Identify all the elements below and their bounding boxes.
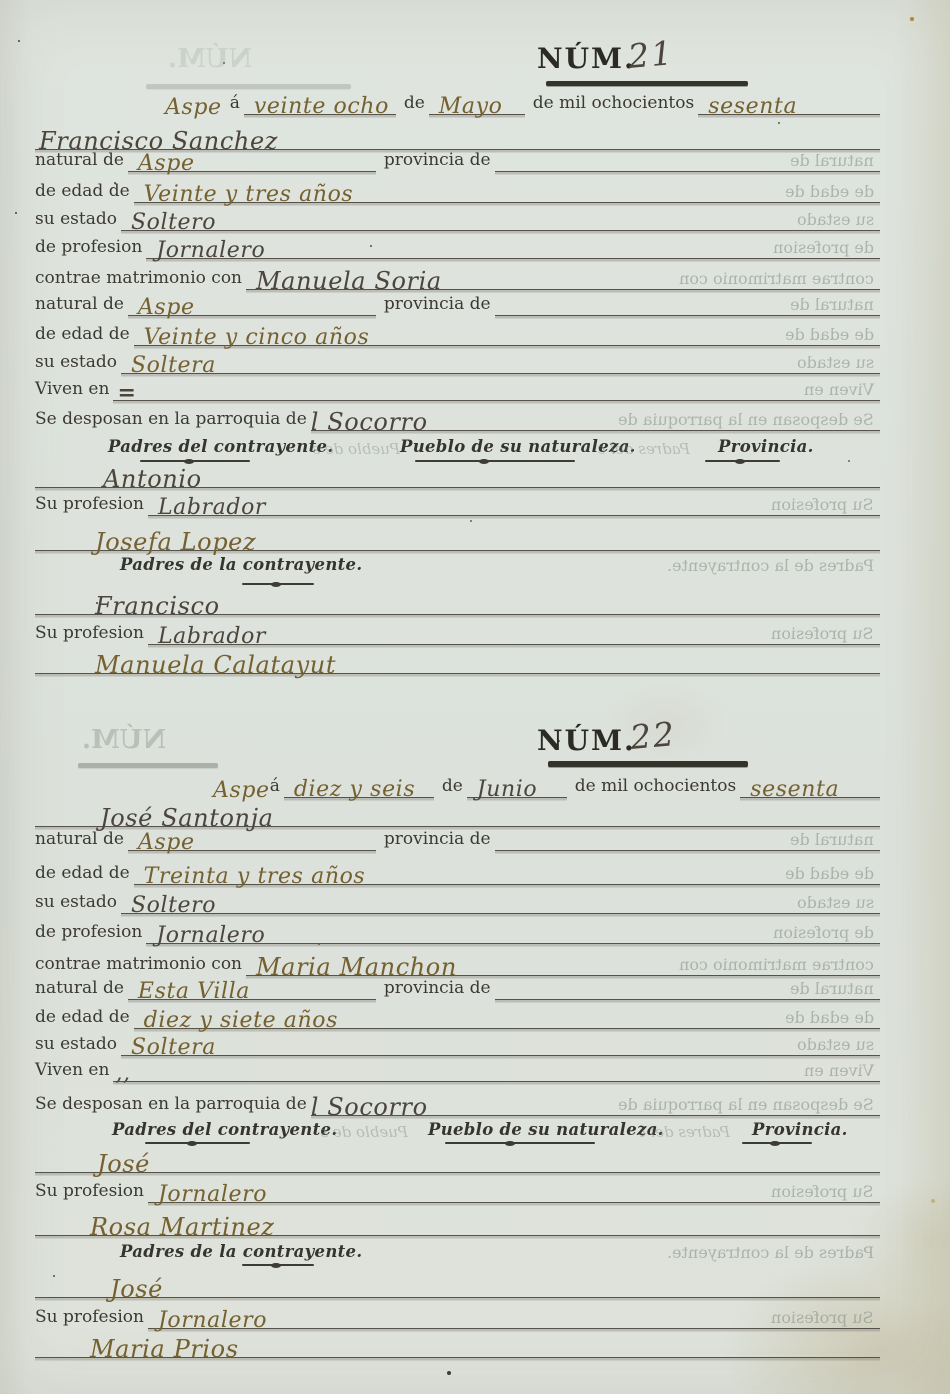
value-date-month: Junio (467, 779, 537, 801)
bride-father-row: José (35, 1268, 880, 1298)
scanned-sheet: NÚM. NÚM. 21 Aspe á veinte ocho de Mayo … (0, 0, 950, 1394)
value-bride-mother: Maria Prios (35, 1337, 239, 1361)
label-su-profesion: Su profesion (35, 1309, 148, 1329)
bride-estado-line: Soltera (121, 1028, 880, 1056)
value-groom-natural: Aspe (128, 832, 195, 854)
bride-estado-row: su estado Soltera su estado (35, 1028, 880, 1056)
viven-row: Viven en ,, Viven en (35, 1054, 880, 1082)
label-de-mil-ochocientos: de mil ochocientos (567, 778, 740, 798)
ghost-header-pueblo: Pueblo de su naturaleza. (320, 1123, 408, 1141)
value-parroquia: l Socorro (311, 1095, 428, 1119)
value-groom-estado: Soltero (121, 895, 216, 917)
date-month-line: Junio (467, 767, 567, 798)
date-year-line: sesenta (740, 767, 880, 798)
header-provincia: Provincia. (752, 1120, 848, 1139)
register-page: { "page": { "paper_color": "#dee3dd", "i… (0, 0, 950, 1394)
groom-natural-line: Aspe (128, 823, 376, 851)
header-pueblo-naturaleza: Pueblo de su naturaleza. (428, 1120, 664, 1139)
value-groom-mother: Rosa Martinez (35, 1215, 275, 1239)
label-a: á (270, 778, 284, 798)
label-de-profesion: de profesion (35, 924, 146, 944)
label-provincia-de: provincia de (376, 980, 495, 1000)
label-natural-de: natural de (35, 980, 128, 1000)
label-natural-de: natural de (35, 831, 128, 851)
value-date-day: diez y seis (284, 779, 415, 801)
groom-edad-row: de edad de Treinta y tres años de edad d… (35, 857, 880, 885)
groom-mother-row: Rosa Martinez (35, 1206, 880, 1236)
label-se-desposan: Se desposan en la parroquia de (35, 1096, 311, 1116)
label-su-profesion: Su profesion (35, 1183, 148, 1203)
groom-estado-row: su estado Soltero su estado (35, 886, 880, 914)
bride-mother-line: Maria Prios (35, 1328, 880, 1358)
groom-edad-line: Treinta y tres años (134, 857, 880, 885)
bride-provincia-line (495, 972, 880, 1000)
date-line: Aspe á diez y seis de Junio de mil ochoc… (35, 767, 880, 798)
label-viven-en: Viven en (35, 1062, 113, 1082)
bride-father-line: José (35, 1268, 880, 1298)
header-padres-contrayente: Padres del contrayente. (112, 1120, 337, 1139)
label-su-estado: su estado (35, 1036, 121, 1056)
header-flourish (242, 1264, 314, 1266)
groom-father-prof-row: Su profesion Jornalero Su profesion (35, 1173, 880, 1203)
value-date-year: sesenta (740, 779, 839, 801)
groom-father-prof-line: Jornalero (148, 1173, 880, 1203)
value-groom-edad: Treinta y tres años (134, 866, 366, 888)
num-label: NÚM. (537, 724, 636, 757)
viven-line: ,, (113, 1054, 880, 1082)
label-su-estado: su estado (35, 894, 121, 914)
bride-natural-line: Esta Villa (128, 972, 376, 1000)
label-de-edad-de: de edad de (35, 865, 134, 885)
bride-father-prof-row: Su profesion Jornalero Su profesion (35, 1299, 880, 1329)
ghost-header-contrayente: Padres del contrayente. (640, 1123, 730, 1141)
date-day-line: diez y seis (284, 767, 434, 798)
groom-profesion-row: de profesion Jornalero de profesion (35, 916, 880, 944)
header-padres-contrayente-f: Padres de la contrayente. (120, 1242, 362, 1261)
record-2: NÚM. NÚM. 22 Aspe á diez y seis de Junio… (0, 0, 950, 1394)
ghost-header-padres-contrayente-f: Padres de la contrayente. (667, 1245, 874, 1261)
ghost-num-label: NÚM. (82, 727, 166, 753)
bride-mother-row: Maria Prios (35, 1328, 880, 1358)
value-bride-father: José (35, 1277, 163, 1301)
bride-natural-row: natural de Esta Villa provincia de natur… (35, 972, 880, 1000)
groom-father-row: José (35, 1143, 880, 1173)
parroquia-row: Se desposan en la parroquia de l Socorro… (35, 1088, 880, 1116)
groom-father-line: José (35, 1143, 880, 1173)
padres-contrayente-f-row: Padres de la contrayente. Padres de la c… (35, 1243, 880, 1261)
bride-father-prof-line: Jornalero (148, 1299, 880, 1329)
value-bride-natural: Esta Villa (128, 981, 250, 1003)
groom-mother-line: Rosa Martinez (35, 1206, 880, 1236)
groom-natural-row: natural de Aspe provincia de natural de (35, 823, 880, 851)
label-de-edad-de: de edad de (35, 1009, 134, 1029)
bride-edad-line: diez y siete años (134, 1001, 880, 1029)
bride-edad-row: de edad de diez y siete años de edad de (35, 1001, 880, 1029)
groom-estado-line: Soltero (121, 886, 880, 914)
value-groom-profesion: Jornalero (146, 925, 265, 947)
num-value: 22 (628, 714, 677, 757)
parroquia-line: l Socorro (311, 1088, 880, 1116)
value-viven: ,, (113, 1063, 130, 1085)
groom-provincia-line (495, 823, 880, 851)
groom-profesion-line: Jornalero (146, 916, 880, 944)
label-de: de (434, 778, 467, 798)
label-provincia-de: provincia de (376, 831, 495, 851)
value-groom-father-prof: Jornalero (148, 1184, 267, 1206)
